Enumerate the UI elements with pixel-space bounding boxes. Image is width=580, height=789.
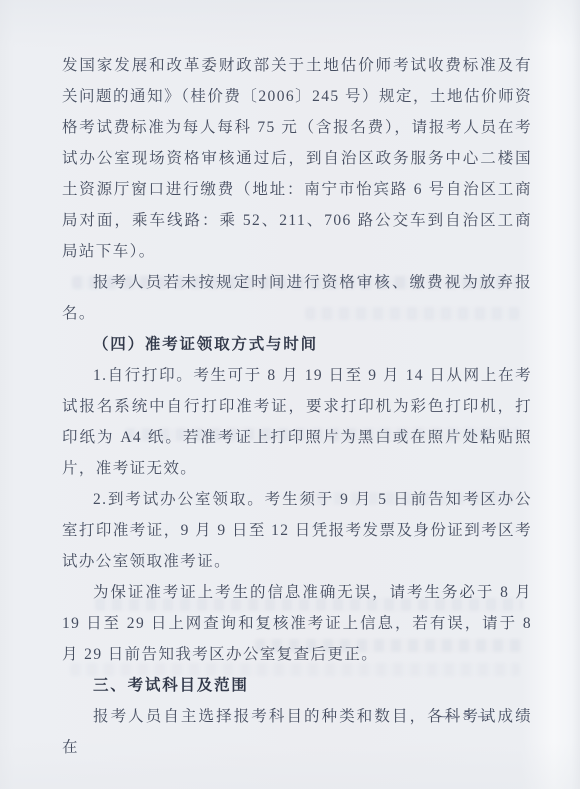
section-heading: 三、考试科目及范围 bbox=[62, 670, 532, 701]
body-paragraph: 1.自行打印。考生可于 8 月 19 日至 9 月 14 日从网上在考试报名系统… bbox=[62, 360, 532, 484]
scanned-document-page: 发国家发展和改革委财政部关于土地估价师考试收费标准及有关问题的通知》（桂价费〔2… bbox=[0, 0, 580, 789]
page-number: — 5 — bbox=[442, 709, 494, 725]
body-paragraph: 2.到考试办公室领取。考生须于 9 月 5 日前告知考区办公室打印准考证，9 月… bbox=[62, 484, 532, 577]
body-paragraph: 发国家发展和改革委财政部关于土地估价师考试收费标准及有关问题的通知》（桂价费〔2… bbox=[62, 50, 532, 267]
document-content: 发国家发展和改革委财政部关于土地估价师考试收费标准及有关问题的通知》（桂价费〔2… bbox=[62, 50, 532, 763]
body-paragraph: 报考人员若未按规定时间进行资格审核、缴费视为放弃报名。 bbox=[62, 267, 532, 329]
section-heading: （四）准考证领取方式与时间 bbox=[62, 329, 532, 360]
body-paragraph: 为保证准考证上考生的信息准确无误，请考生务必于 8 月 19 日至 29 日上网… bbox=[62, 577, 532, 670]
